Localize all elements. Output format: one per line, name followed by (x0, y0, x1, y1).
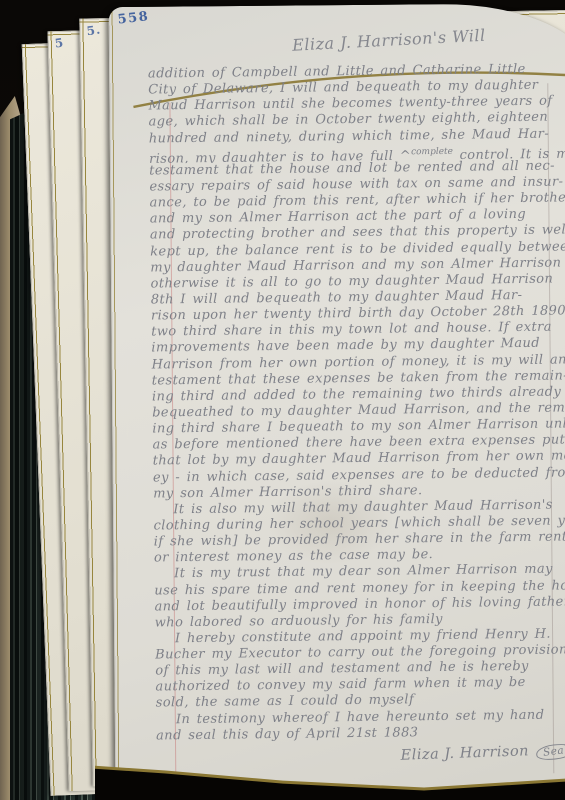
ledger-page: 558 Eliza J. Harrison's Will addition of… (109, 3, 565, 791)
signature-row: Eliza J. HarrisonSeal (155, 741, 565, 773)
page-number-partial: 5. (86, 23, 102, 39)
manuscript-body: addition of Campbell and Little and Cath… (148, 61, 565, 744)
seal-mark: Seal (535, 742, 565, 762)
signature-name: Eliza J. Harrison (400, 743, 529, 763)
page-number-partial: 5 (54, 36, 65, 51)
photo-scene: 5 5. 558 Eliza J. Harrison's Will additi… (0, 0, 565, 800)
